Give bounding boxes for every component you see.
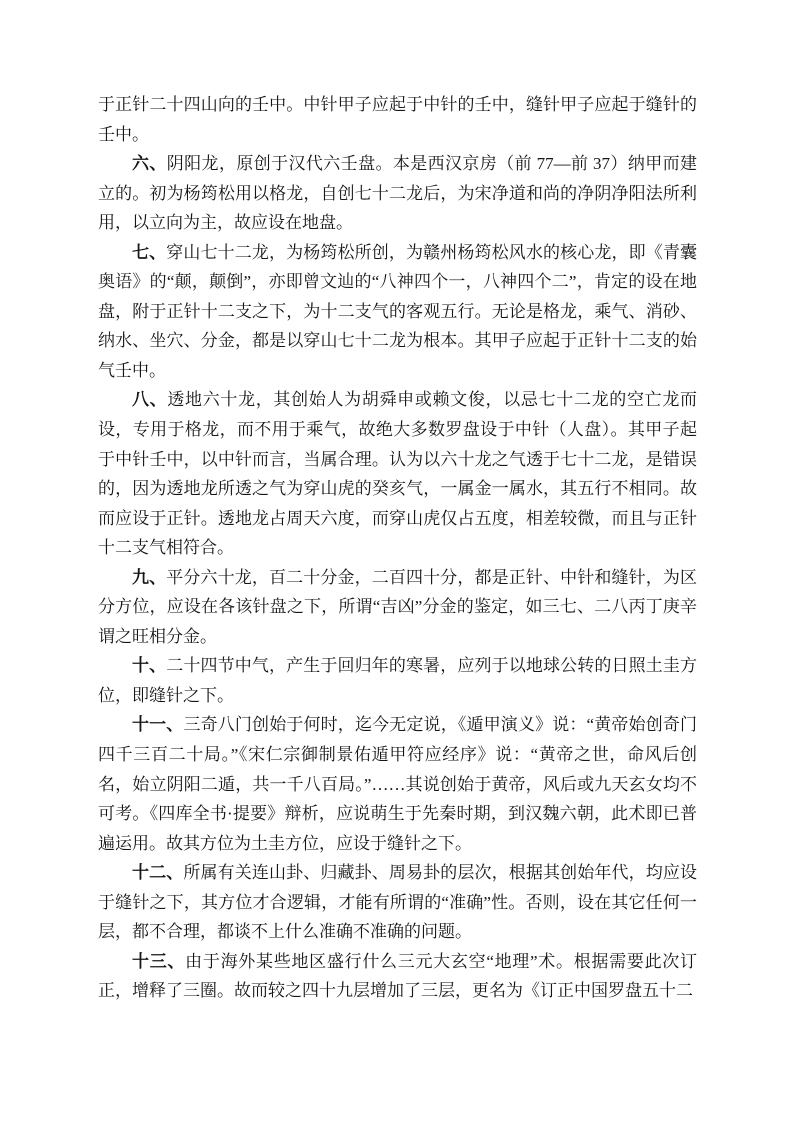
paragraph: 六、阴阳龙，原创于汉代六壬盘。本是西汉京房（前 77—前 37）纳甲而建立的。初… bbox=[98, 149, 697, 238]
paragraph: 七、穿山七十二龙，为杨筠松所创，为赣州杨筠松风水的核心龙，即《青囊奥语》的“颠，… bbox=[98, 238, 697, 386]
paragraph: 于正针二十四山向的壬中。中针甲子应起于中针的壬中，缝针甲子应起于缝针的壬中。 bbox=[98, 90, 697, 149]
paragraph: 十、二十四节中气，产生于回归年的寒暑，应列于以地球公转的日照土圭方位，即缝针之下… bbox=[98, 651, 697, 710]
paragraph: 八、透地六十龙，其创始人为胡舜申或赖文俊，以忌七十二龙的空亡龙而设，专用于格龙，… bbox=[98, 385, 697, 562]
paragraph: 十二、所属有关连山卦、归藏卦、周易卦的层次，根据其创始年代，均应设于缝针之下，其… bbox=[98, 858, 697, 947]
paragraph-number: 十三、 bbox=[132, 952, 185, 971]
paragraph-number: 九、 bbox=[132, 568, 166, 587]
document-page: 于正针二十四山向的壬中。中针甲子应起于中针的壬中，缝针甲子应起于缝针的壬中。六、… bbox=[0, 0, 793, 1122]
paragraph-number: 十一、 bbox=[132, 715, 183, 734]
paragraph-number: 六、 bbox=[132, 154, 167, 173]
paragraph-number: 十二、 bbox=[132, 863, 183, 882]
body-text: 于正针二十四山向的壬中。中针甲子应起于中针的壬中，缝针甲子应起于缝针的壬中。六、… bbox=[98, 90, 697, 1006]
paragraph-number: 七、 bbox=[132, 243, 166, 262]
paragraph-number: 八、 bbox=[132, 390, 167, 409]
paragraph-number: 十、 bbox=[132, 656, 166, 675]
paragraph: 九、平分六十龙，百二十分金，二百四十分，都是正针、中针和缝针，为区分方位，应设在… bbox=[98, 563, 697, 652]
paragraph: 十一、三奇八门创始于何时，迄今无定说，《遁甲演义》说：“黄帝始创奇门四千三百二十… bbox=[98, 710, 697, 858]
paragraph: 十三、由于海外某些地区盛行什么三元大玄空“地理”术。根据需要此次订正，增释了三圈… bbox=[98, 947, 697, 1006]
